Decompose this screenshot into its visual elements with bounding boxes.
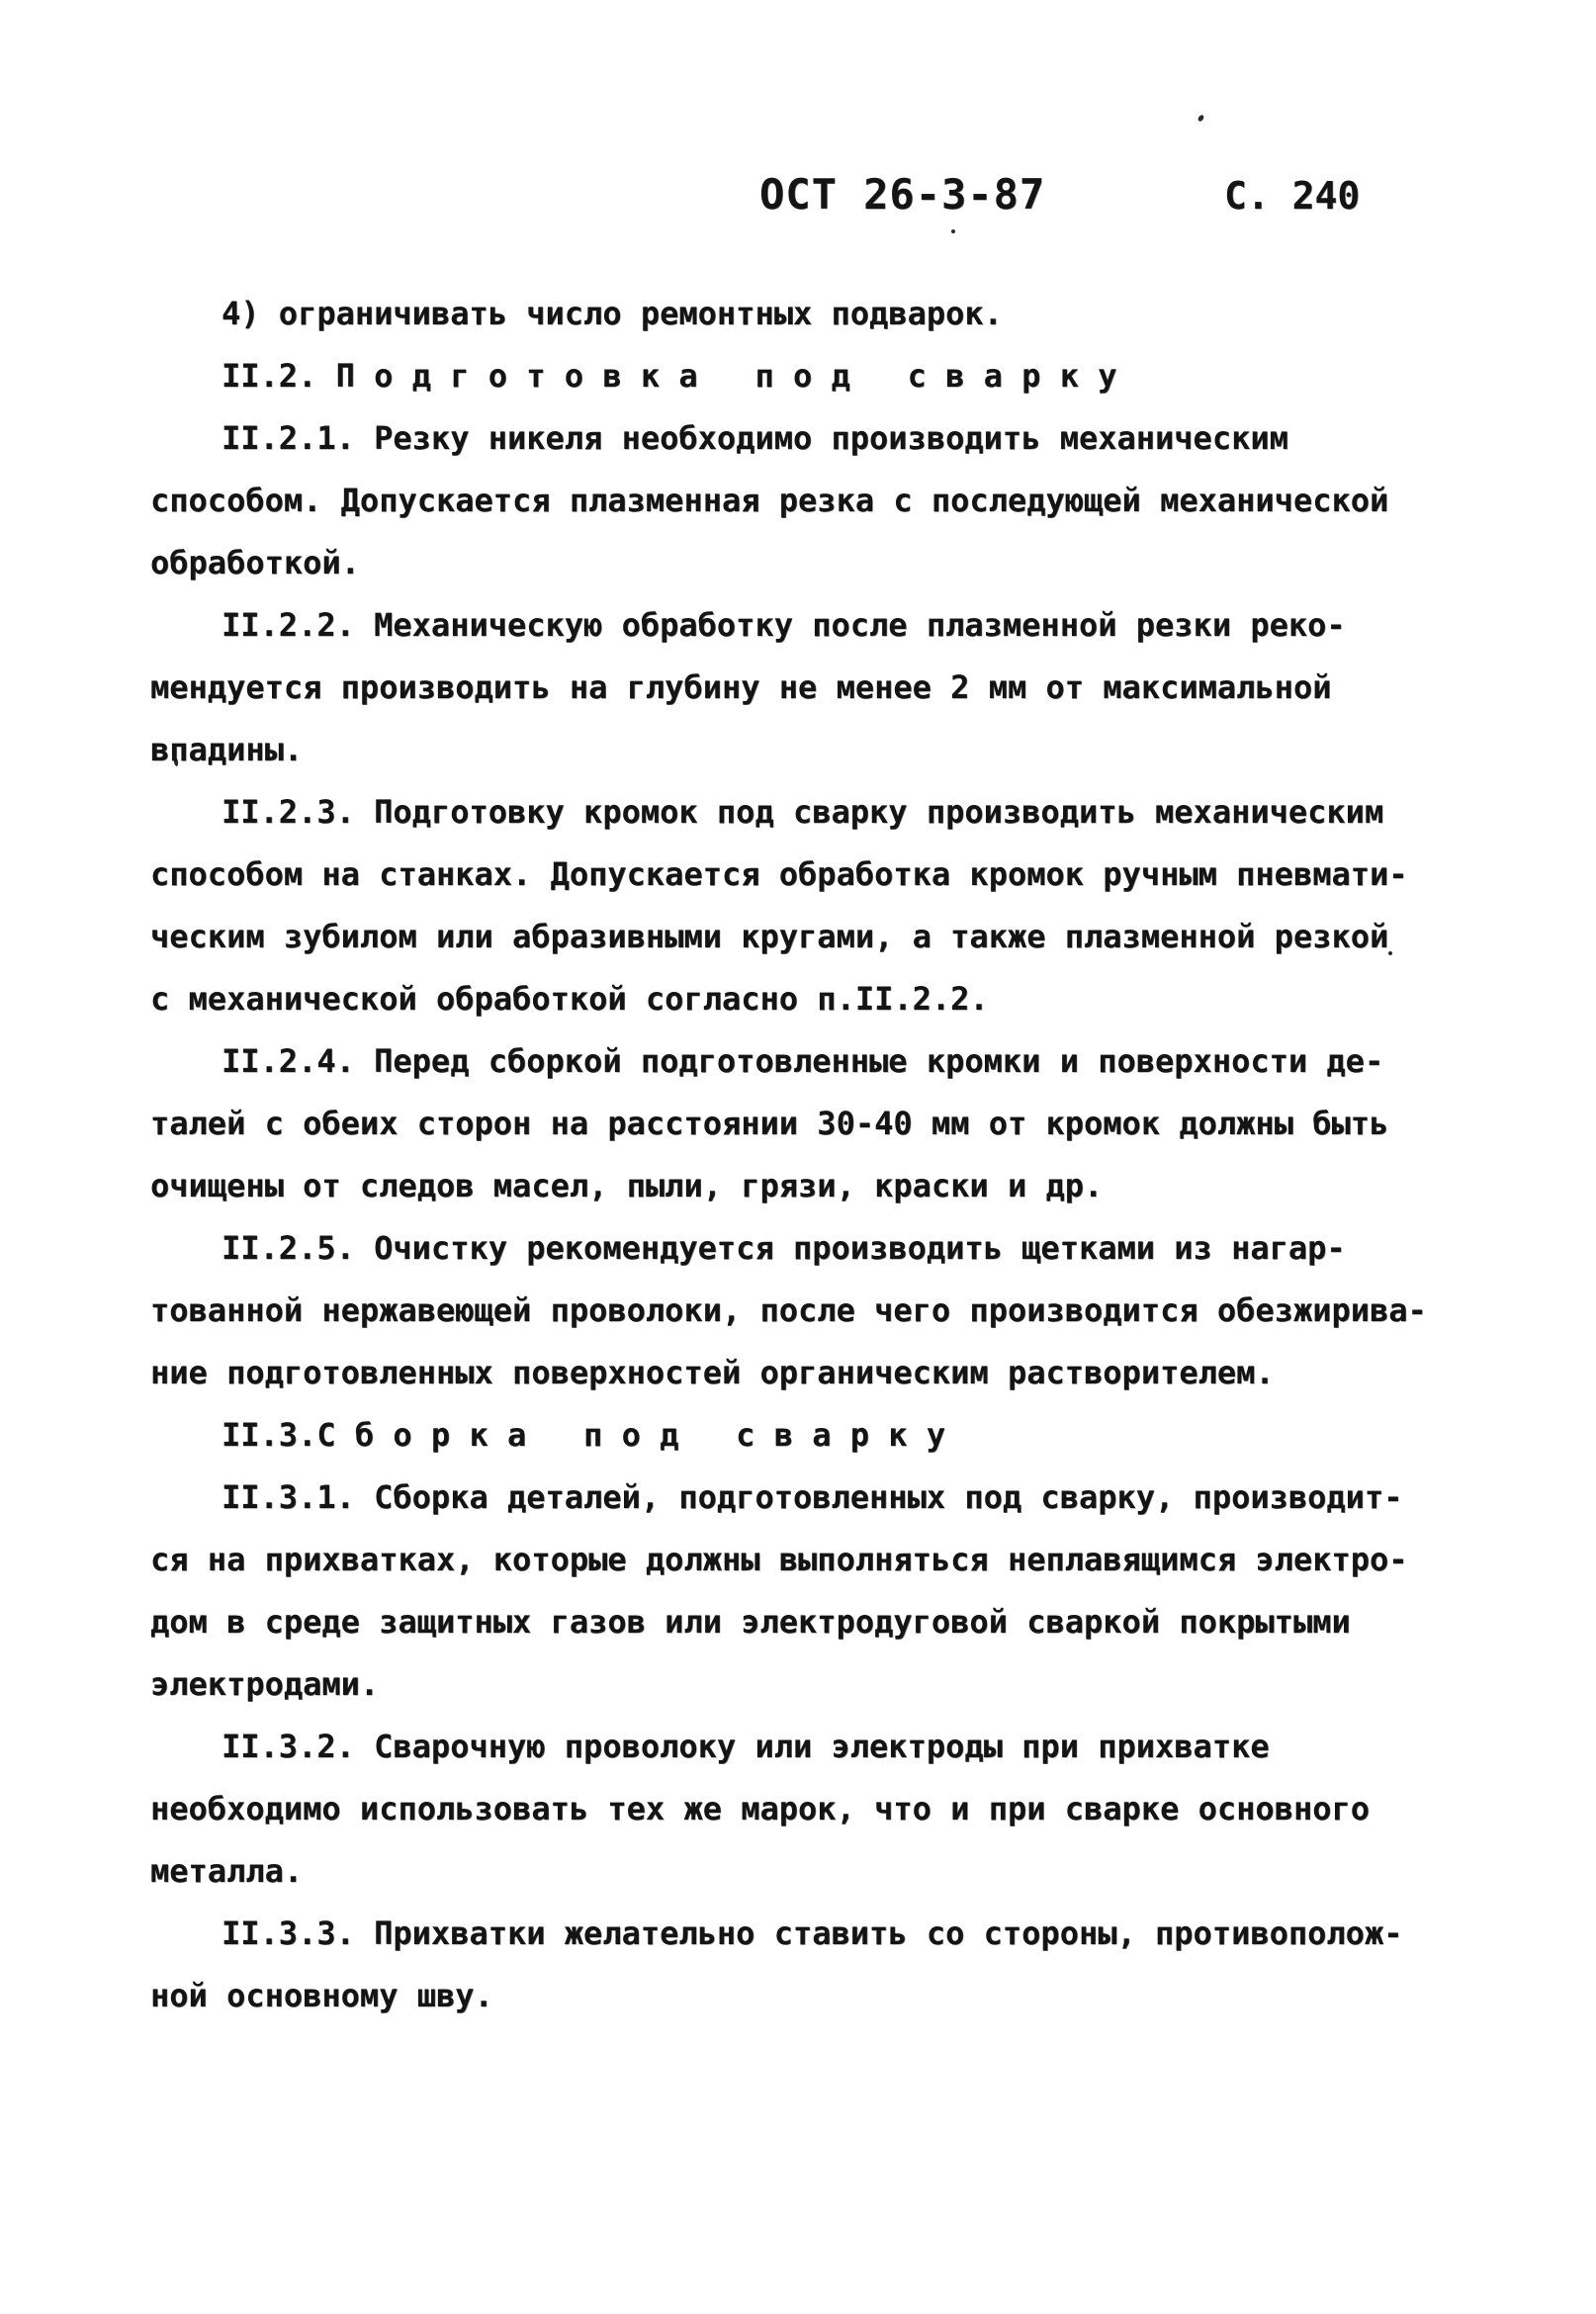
clause-11-2-2: II.2.2. Механическую обработку после пла… — [150, 594, 1456, 781]
text-line: способом на станках. Допускается обработ… — [150, 844, 1456, 906]
section-heading-11-2: II.2. П о д г о т о в к а п о д с в а р … — [150, 345, 1456, 407]
scanned-document-page: ОСТ 26-3-87 С. 240 4) ограничивать число… — [0, 0, 1596, 2314]
clause-11-3-1: II.3.1. Сборка деталей, подготовленных п… — [150, 1467, 1456, 1716]
text-line: II.3.С б о р к а п о д с в а р к у — [150, 1404, 1456, 1467]
text-line: талей с обеих сторон на расстоянии 30-40… — [150, 1093, 1456, 1155]
clause-11-2-3: II.2.3. Подготовку кромок под сварку про… — [150, 781, 1456, 1030]
text-line: металла. — [150, 1840, 1456, 1903]
section-heading-11-3: II.3.С б о р к а п о д с в а р к у — [150, 1404, 1456, 1467]
text-line: мендуется производить на глубину не мене… — [150, 657, 1456, 719]
text-line: ческим зубилом или абразивными кругами, … — [150, 906, 1456, 968]
page-number: С. 240 — [1224, 174, 1360, 218]
scan-artifact — [951, 229, 955, 233]
text-line: II.2.2. Механическую обработку после пла… — [150, 594, 1456, 657]
standard-code: ОСТ 26-3-87 — [759, 170, 1045, 219]
text-line: II.2.4. Перед сборкой подготовленные кро… — [150, 1030, 1456, 1093]
text-line: обработкой. — [150, 532, 1456, 594]
list-item-4: 4) ограничивать число ремонтных подварок… — [150, 283, 1456, 345]
text-line: II.3.2. Сварочную проволоку или электрод… — [150, 1716, 1456, 1778]
text-line: II.2.3. Подготовку кромок под сварку про… — [150, 781, 1456, 844]
clause-11-3-2: II.3.2. Сварочную проволоку или электрод… — [150, 1716, 1456, 1903]
clause-11-2-4: II.2.4. Перед сборкой подготовленные кро… — [150, 1030, 1456, 1217]
text-line: впадины. — [150, 719, 1456, 781]
text-line: с механической обработкой согласно п.II.… — [150, 968, 1456, 1030]
text-line: электродами. — [150, 1653, 1456, 1716]
text-line: тованной нержавеющей проволоки, после че… — [150, 1280, 1456, 1342]
text-line: II.2. П о д г о т о в к а п о д с в а р … — [150, 345, 1456, 407]
text-line: способом. Допускается плазменная резка с… — [150, 470, 1456, 532]
text-line: ние подготовленных поверхностей органиче… — [150, 1342, 1456, 1404]
text-line: II.3.3. Прихватки желательно ставить со … — [150, 1903, 1456, 1965]
clause-11-2-1: II.2.1. Резку никеля необходимо производ… — [150, 407, 1456, 594]
text-line: очищены от следов масел, пыли, грязи, кр… — [150, 1155, 1456, 1217]
text-line: ся на прихватках, которые должны выполня… — [150, 1529, 1456, 1591]
clause-11-3-3: II.3.3. Прихватки желательно ставить со … — [150, 1903, 1456, 2027]
text-line: II.3.1. Сборка деталей, подготовленных п… — [150, 1467, 1456, 1529]
document-body: 4) ограничивать число ремонтных подварок… — [150, 283, 1456, 2027]
text-line: 4) ограничивать число ремонтных подварок… — [150, 283, 1456, 345]
text-line: дом в среде защитных газов или электроду… — [150, 1591, 1456, 1653]
text-line: необходимо использовать тех же марок, чт… — [150, 1778, 1456, 1840]
clause-11-2-5: II.2.5. Очистку рекомендуется производит… — [150, 1217, 1456, 1404]
scan-artifact — [1197, 114, 1204, 123]
text-line: II.2.1. Резку никеля необходимо производ… — [150, 407, 1456, 470]
text-line: ной основному шву. — [150, 1965, 1456, 2027]
text-line: II.2.5. Очистку рекомендуется производит… — [150, 1217, 1456, 1280]
